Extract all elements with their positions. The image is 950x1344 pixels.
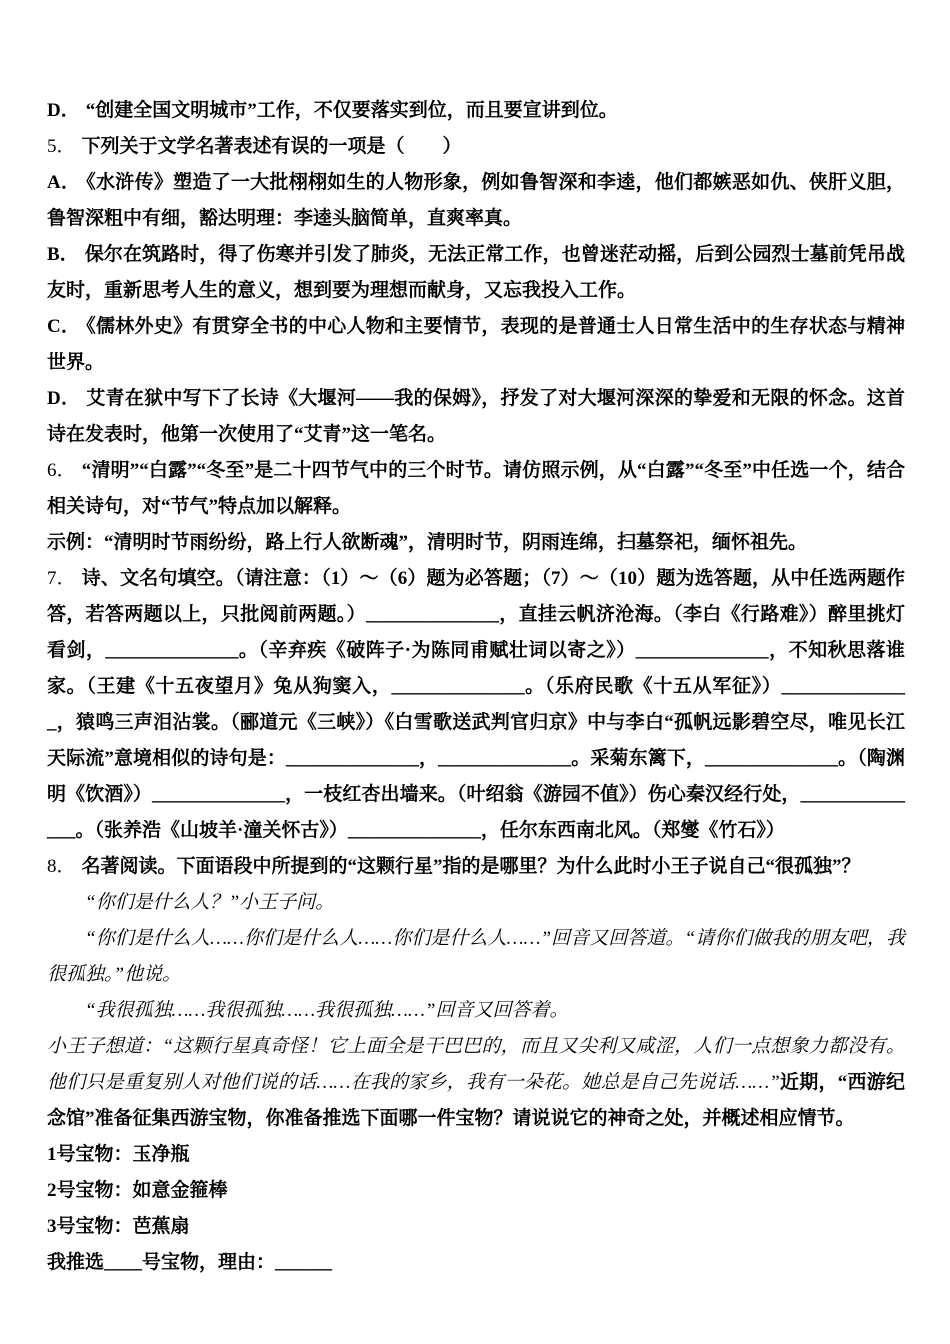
q8-quote-line-3: “我很孤独……我很孤独……我很孤独……”回音又回答着。	[47, 993, 905, 1029]
q7-fill-in-blanks-segment-0: 7．	[47, 568, 82, 589]
q8-stem-segment-0: 8．	[47, 856, 82, 877]
q8-quote-line-3-segment-0: “我很孤独……我很孤独……我很孤独……”回音又回答着。	[85, 1000, 569, 1021]
q5-option-a-segment-0: A．	[47, 172, 86, 193]
q5-option-b-segment-1: 保尔在筑路时，得了伤寒并引发了肺炎，无法正常工作，也曾迷茫动摇，后到公园烈士墓前…	[47, 244, 905, 301]
q7-fill-in-blanks: 7．诗、文名句填空。（请注意：（1）～（6）题为必答题；（7）～（10）题为选答…	[47, 561, 905, 849]
q5-option-d-segment-1: 艾青在狱中写下了长诗《大堰河——我的保姆》，抒发了对大堰河深深的挚爱和无限的怀念…	[47, 388, 905, 445]
q6-stem-segment-1: “清明”“白露”“冬至”是二十四节气中的三个时节。请仿照示例，从“白露”“冬至”…	[47, 460, 905, 517]
q8-treasure-2-segment-0: 2号宝物：如意金箍棒	[47, 1180, 228, 1201]
q8-quote-line-2: “你们是什么人……你们是什么人……你们是什么人……”回音又回答道。“请你们做我的…	[47, 921, 905, 993]
q8-stem-segment-1: 名著阅读。下面语段中所提到的“这颗行星”指的是哪里？为什么此时小王子说自己“很孤…	[82, 856, 861, 877]
q6-example: 示例：“清明时节雨纷纷，路上行人欲断魂”，清明时节，阴雨连绵，扫墓祭祀，缅怀祖先…	[47, 525, 905, 561]
q5-option-b-segment-0: B．	[47, 244, 85, 265]
q5-option-c-segment-0: C．	[47, 316, 86, 337]
q5-option-a-segment-1: 《水浒传》塑造了一大批栩栩如生的人物形象，例如鲁智深和李逵，他们都嫉恶如仇、侠肝…	[47, 172, 905, 229]
q8-answer-line-segment-0: 我推选____号宝物，理由：______	[47, 1252, 332, 1273]
q8-treasure-2: 2号宝物：如意金箍棒	[47, 1173, 905, 1209]
exam-paper-page: D．“创建全国文明城市”工作，不仅要落实到位，而且要宣讲到位。5．下列关于文学名…	[0, 0, 950, 1344]
q8-quote-line-1-segment-0: “你们是什么人？”小王子问。	[85, 892, 334, 913]
q4-option-d: D．“创建全国文明城市”工作，不仅要落实到位，而且要宣讲到位。	[47, 93, 905, 129]
q8-treasure-1: 1号宝物：玉净瓶	[47, 1137, 905, 1173]
q4-option-d-segment-0: D．	[47, 100, 86, 121]
q8-quote-line-2-segment-0: “你们是什么人……你们是什么人……你们是什么人……”回音又回答道。“请你们做我的…	[47, 928, 905, 985]
q5-option-a: A．《水浒传》塑造了一大批栩栩如生的人物形象，例如鲁智深和李逵，他们都嫉恶如仇、…	[47, 165, 905, 237]
q5-option-d-segment-0: D．	[47, 388, 86, 409]
q8-quote-line-1: “你们是什么人？”小王子问。	[47, 885, 905, 921]
q5-option-d: D．艾青在狱中写下了长诗《大堰河——我的保姆》，抒发了对大堰河深深的挚爱和无限的…	[47, 381, 905, 453]
q8-treasure-1-segment-0: 1号宝物：玉净瓶	[47, 1144, 190, 1165]
q8-quote-line-4-and-task: 小王子想道：“这颗行星真奇怪！它上面全是干巴巴的，而且又尖利又咸涩，人们一点想象…	[47, 1029, 905, 1137]
q8-stem: 8．名著阅读。下面语段中所提到的“这颗行星”指的是哪里？为什么此时小王子说自己“…	[47, 849, 905, 885]
q5-option-c-segment-1: 《儒林外史》有贯穿全书的中心人物和主要情节，表现的是普通士人日常生活中的生存状态…	[47, 316, 905, 373]
q5-stem-segment-0: 5．	[47, 136, 82, 157]
q8-quote-line-4-and-task-segment-0: 小王子想道：“这颗行星真奇怪！它上面全是干巴巴的，而且又尖利又咸涩，人们一点想象…	[47, 1036, 905, 1093]
q8-treasure-3: 3号宝物：芭蕉扇	[47, 1209, 905, 1245]
q5-stem-segment-1: 下列关于文学名著表述有误的一项是（ ）	[82, 136, 462, 157]
q6-example-segment-0: 示例：“清明时节雨纷纷，路上行人欲断魂”，清明时节，阴雨连绵，扫墓祭祀，缅怀祖先…	[47, 532, 807, 553]
q8-treasure-3-segment-0: 3号宝物：芭蕉扇	[47, 1216, 190, 1237]
q7-fill-in-blanks-segment-1: 诗、文名句填空。（请注意：（1）～（6）题为必答题；（7）～（10）题为选答题，…	[47, 568, 905, 841]
q5-stem: 5．下列关于文学名著表述有误的一项是（ ）	[47, 129, 905, 165]
q5-option-b: B．保尔在筑路时，得了伤寒并引发了肺炎，无法正常工作，也曾迷茫动摇，后到公园烈士…	[47, 237, 905, 309]
q6-stem: 6．“清明”“白露”“冬至”是二十四节气中的三个时节。请仿照示例，从“白露”“冬…	[47, 453, 905, 525]
q5-option-c: C．《儒林外史》有贯穿全书的中心人物和主要情节，表现的是普通士人日常生活中的生存…	[47, 309, 905, 381]
q6-stem-segment-0: 6．	[47, 460, 82, 481]
q4-option-d-segment-1: “创建全国文明城市”工作，不仅要落实到位，而且要宣讲到位。	[86, 100, 618, 121]
q8-answer-line: 我推选____号宝物，理由：______	[47, 1245, 905, 1281]
